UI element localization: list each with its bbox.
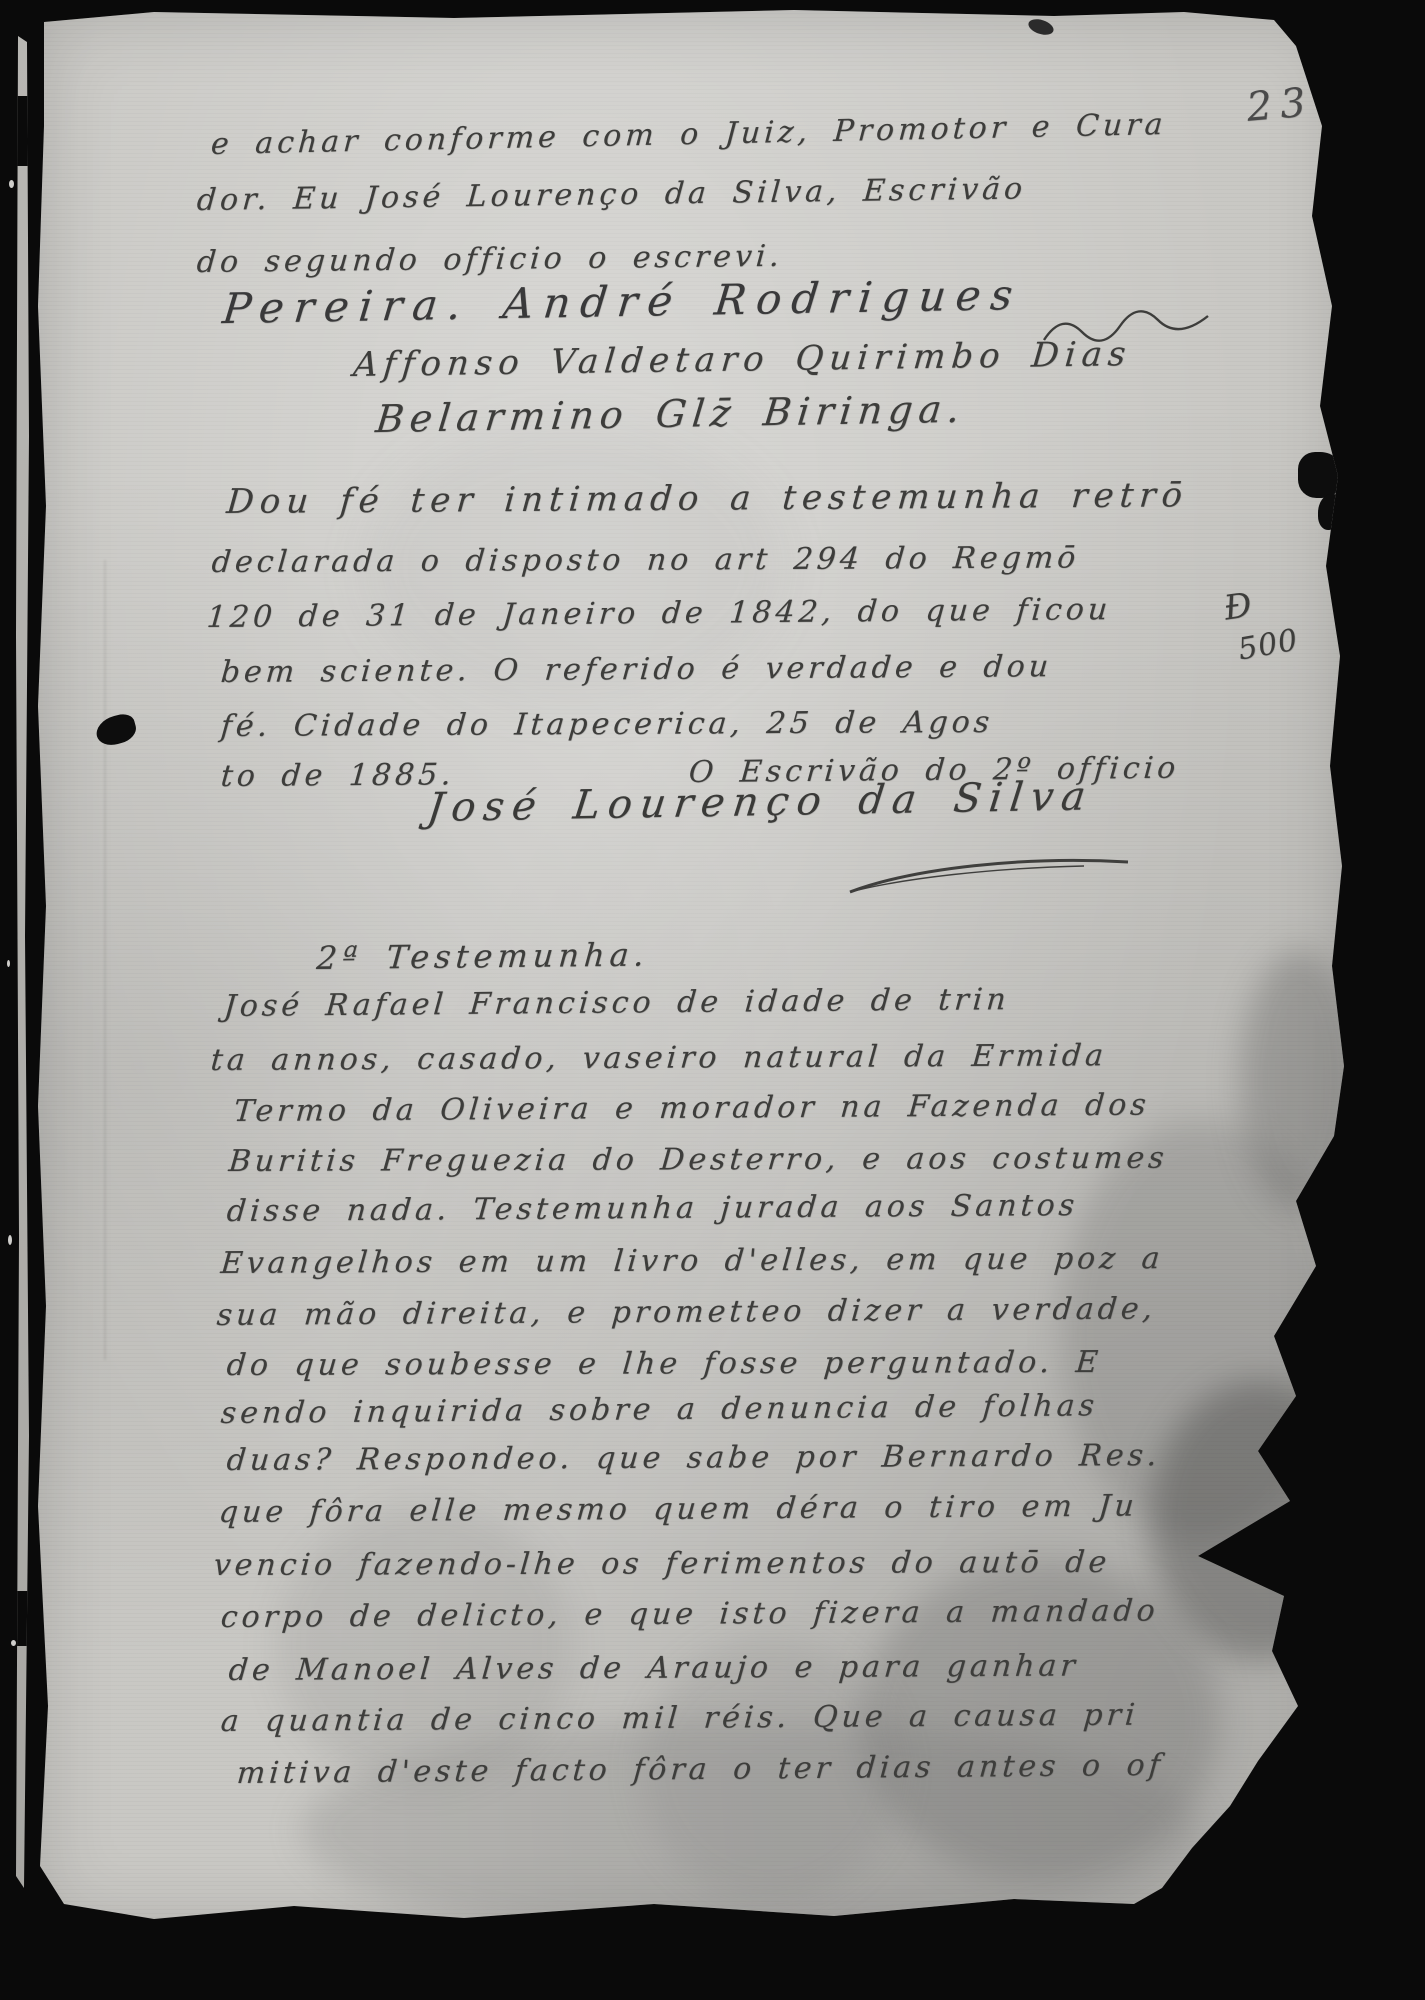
paper-hole bbox=[93, 711, 139, 748]
margin-symbol: Đ bbox=[1222, 588, 1255, 626]
manuscript-line: sendo inquirida sobre a denuncia de folh… bbox=[220, 1391, 1100, 1429]
binding-gap bbox=[16, 1591, 29, 1646]
manuscript-line: to de 1885. bbox=[220, 760, 456, 792]
binding-speck bbox=[7, 960, 10, 967]
manuscript-line: que fôra elle mesmo quem déra o tiro em … bbox=[218, 1492, 1139, 1528]
document-scan: 23 e achar conforme com o Juiz, Promotor… bbox=[0, 0, 1425, 2000]
binding-speck bbox=[11, 1640, 16, 1646]
manuscript-page: 23 e achar conforme com o Juiz, Promotor… bbox=[34, 6, 1346, 1934]
stray-mark bbox=[1026, 16, 1055, 37]
manuscript-line: ta annos, casado, vaseiro natural da Erm… bbox=[210, 1041, 1109, 1076]
manuscript-line: fé. Cidade do Itapecerica, 25 de Agos bbox=[220, 708, 995, 742]
section-heading: 2ª Testemunha. bbox=[316, 939, 651, 975]
water-stain bbox=[1060, 1120, 1340, 1540]
binding-page-edge bbox=[16, 36, 29, 1888]
fold-crease bbox=[104, 560, 106, 1360]
manuscript-line: e achar conforme com o Juiz, Promotor e … bbox=[210, 110, 1167, 160]
ink-blotch bbox=[1318, 494, 1344, 530]
manuscript-line: de Manoel Alves de Araujo e para ganhar bbox=[228, 1652, 1080, 1686]
manuscript-line: corpo de delicto, e que isto fizera a ma… bbox=[220, 1596, 1160, 1633]
water-stain bbox=[1150, 1380, 1370, 1660]
manuscript-line: do que soubesse e lhe fosse perguntado. … bbox=[225, 1348, 1102, 1381]
page-number: 23 bbox=[1245, 82, 1315, 128]
manuscript-line: Evangelhos em um livro d'elles, em que p… bbox=[220, 1244, 1165, 1279]
signature-flourish bbox=[844, 848, 1134, 900]
manuscript-line: Termo da Oliveira e morador na Fazenda d… bbox=[233, 1091, 1151, 1127]
signature: Pereira. André Rodrigues bbox=[221, 274, 1025, 330]
manuscript-line: 120 de 31 de Janeiro de 1842, do que fic… bbox=[206, 595, 1113, 633]
ink-blotch bbox=[1298, 452, 1344, 498]
manuscript-line: dor. Eu José Lourenço da Silva, Escrivão bbox=[196, 174, 1027, 216]
manuscript-line: disse nada. Testemunha jurada aos Santos bbox=[226, 1191, 1080, 1227]
manuscript-line: a quantia de cinco mil réis. Que a causa… bbox=[220, 1701, 1140, 1737]
manuscript-line: do segundo officio o escrevi. bbox=[196, 242, 784, 278]
manuscript-line: José Rafael Francisco de idade de trin bbox=[223, 985, 1011, 1022]
manuscript-line: duas? Respondeo. que sabe por Bernardo R… bbox=[226, 1441, 1162, 1476]
margin-amount: 500 bbox=[1236, 626, 1301, 666]
signature: Belarmino Glz̄ Biringa. bbox=[374, 390, 967, 438]
manuscript-line: sua mão direita, e prometteo dizer a ver… bbox=[216, 1294, 1158, 1331]
manuscript-line: Dou fé ter intimado a testemunha retrō bbox=[225, 478, 1189, 519]
binding-speck bbox=[8, 1235, 12, 1245]
manuscript-line: bem sciente. O referido é verdade e dou bbox=[220, 652, 1054, 688]
manuscript-line: Buritis Freguezia do Desterro, e aos cos… bbox=[227, 1144, 1168, 1177]
binding-gap bbox=[16, 96, 29, 166]
signature: Affonso Valdetaro Quirimbo Dias bbox=[352, 337, 1133, 382]
manuscript-line: declarada o disposto no art 294 do Regmō bbox=[211, 543, 1081, 578]
manuscript-line: vencio fazendo-lhe os ferimentos do autō… bbox=[212, 1548, 1111, 1581]
binding-speck bbox=[9, 180, 14, 188]
manuscript-line: mitiva d'este facto fôra o ter dias ante… bbox=[236, 1751, 1165, 1789]
water-stain bbox=[1240, 950, 1360, 1210]
signature: José Lourenço da Silva bbox=[425, 776, 1096, 828]
